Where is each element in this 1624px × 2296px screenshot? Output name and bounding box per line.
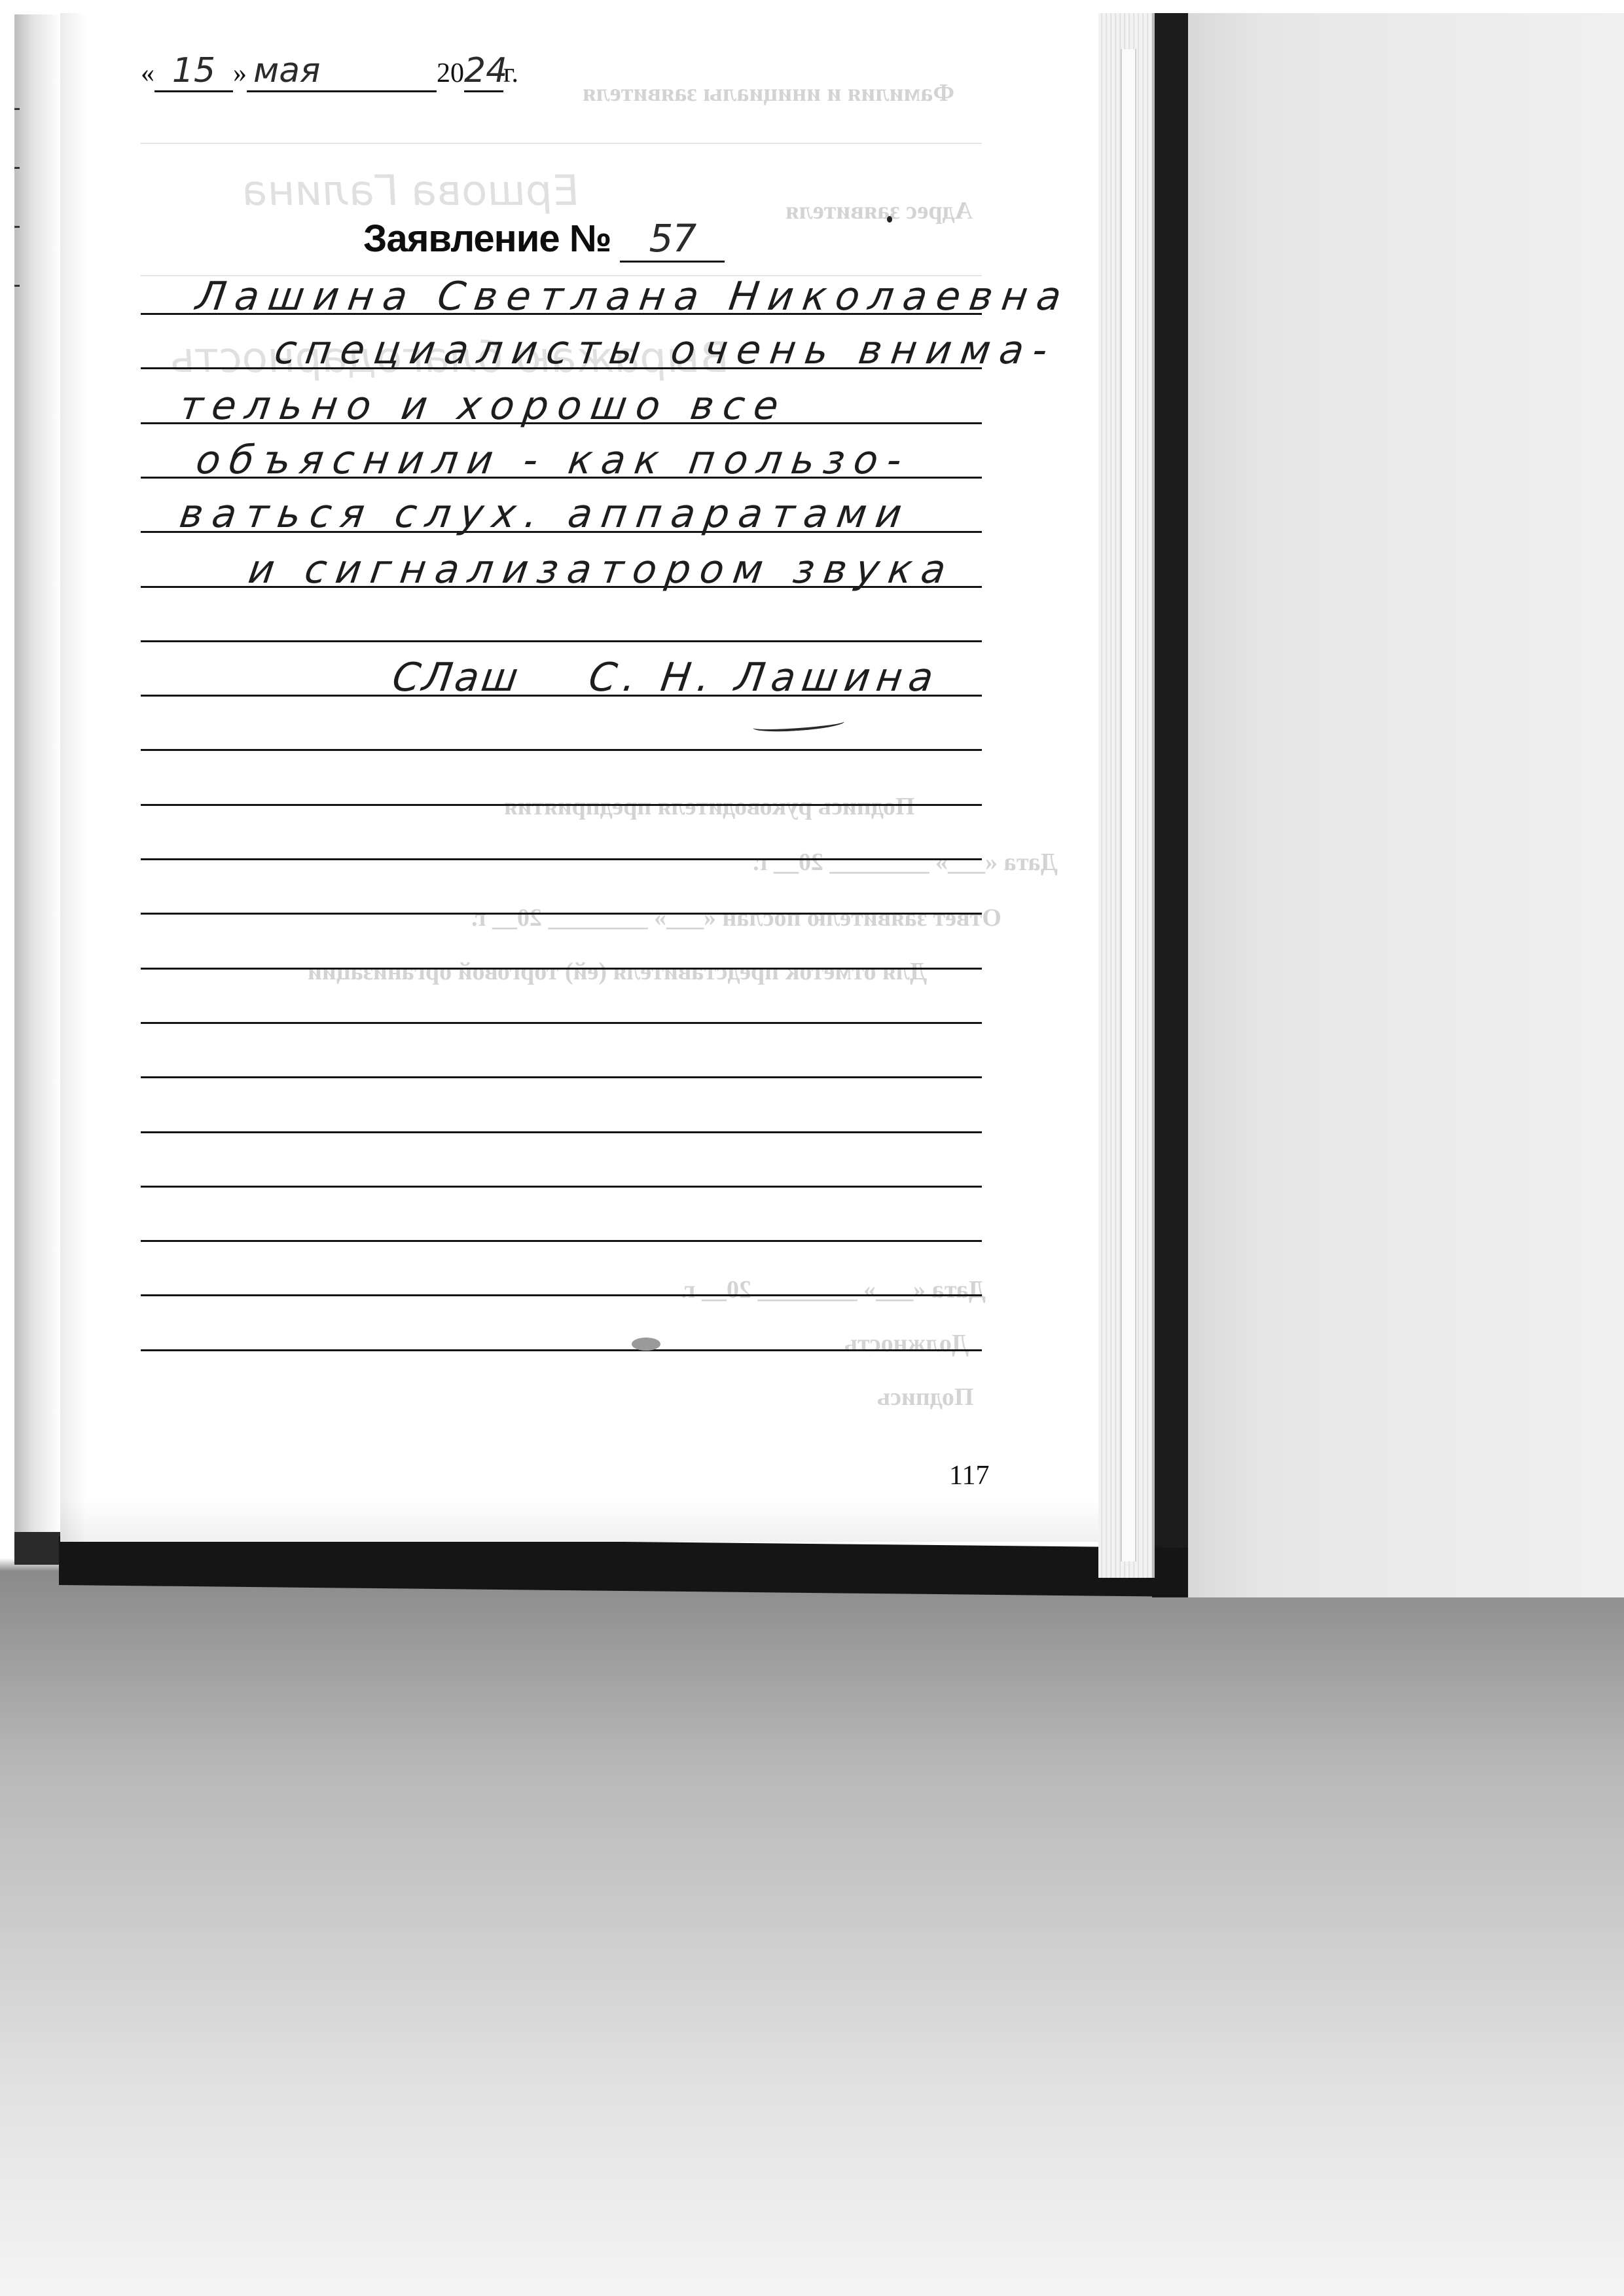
ruled-line — [141, 1349, 982, 1351]
ruled-line — [141, 1076, 982, 1078]
ruled-line — [141, 1240, 982, 1242]
statement-number: 57 — [620, 216, 725, 263]
scanner-bed-right — [1187, 13, 1624, 1597]
ruled-line — [141, 913, 982, 915]
bleed-label-manager-signature: Подпись руководителя предприятия — [504, 792, 914, 821]
bleed-label-applicant-address: Адрес заявителя — [785, 196, 973, 225]
page-stack-inner — [1121, 49, 1136, 1561]
left-page-edge — [14, 14, 60, 1553]
bleed-label-applicant-name: Фамилия и инициалы заявителя — [583, 79, 954, 107]
date-day: 15 — [154, 51, 233, 92]
handwritten-line-2: специалисты очень внима- — [272, 327, 1059, 373]
bleed-label-signature: Подпись — [877, 1383, 973, 1412]
signature-scribble: СЛаш — [389, 655, 524, 701]
smudge — [632, 1338, 660, 1351]
date-line: «15»мая2024г. — [141, 51, 518, 103]
date-year-suffix: 24 — [464, 51, 503, 92]
handwritten-line-1: Лашина Светлана Николаевна — [193, 274, 1073, 319]
page-number: 117 — [949, 1460, 989, 1491]
handwritten-line-3: тельно и хорошо все — [177, 383, 790, 429]
handwritten-line-4: объяснили - как пользо- — [193, 437, 914, 483]
bleed-label-position: Должность — [844, 1329, 969, 1358]
scan-tick — [14, 108, 20, 110]
bleed-handwriting-name: Ершова Галина — [239, 167, 583, 215]
scan-tick — [14, 285, 20, 287]
bleed-label-date: Дата «___» ________ 20__ г. — [753, 848, 1058, 877]
ruled-line — [141, 968, 982, 970]
bleed-rule — [141, 143, 982, 144]
date-year-unit: г. — [503, 58, 518, 89]
ruled-line — [141, 858, 982, 860]
ink-speck — [887, 216, 892, 223]
ruled-line — [141, 640, 982, 642]
ruled-line — [141, 1186, 982, 1188]
signature-name: С. Н. Лашина — [586, 655, 943, 701]
scan-tick — [14, 167, 20, 169]
page-bottom-shadow — [60, 1499, 1098, 1542]
date-open-quote: « — [141, 58, 154, 89]
book-cover-spine — [1152, 13, 1188, 1597]
ruled-line — [141, 1131, 982, 1133]
bleed-label-trade-notes: Для отметок представителя (ей) торговой … — [308, 957, 927, 986]
ruled-line — [141, 804, 982, 806]
handwritten-line-6: и сигнализатором звука — [245, 547, 958, 592]
scan-tick — [14, 226, 20, 228]
bleed-label-reply-sent: Ответ заявителю послан «___» ________ 20… — [471, 903, 1001, 932]
bleed-label-date-2: Дата «___» ________ 20__ г. — [681, 1275, 986, 1304]
page-title: Заявление №57 — [363, 216, 725, 263]
date-close-quote: » — [233, 58, 247, 89]
ruled-line — [141, 1022, 982, 1024]
title-label: Заявление № — [363, 217, 611, 260]
gutter-shadow — [60, 13, 86, 1542]
date-month: мая — [247, 51, 437, 92]
ruled-line — [141, 1294, 982, 1296]
handwritten-line-5: ваться слух. аппаратами — [177, 491, 914, 537]
date-year-prefix: 20 — [437, 58, 464, 89]
ruled-line — [141, 749, 982, 751]
